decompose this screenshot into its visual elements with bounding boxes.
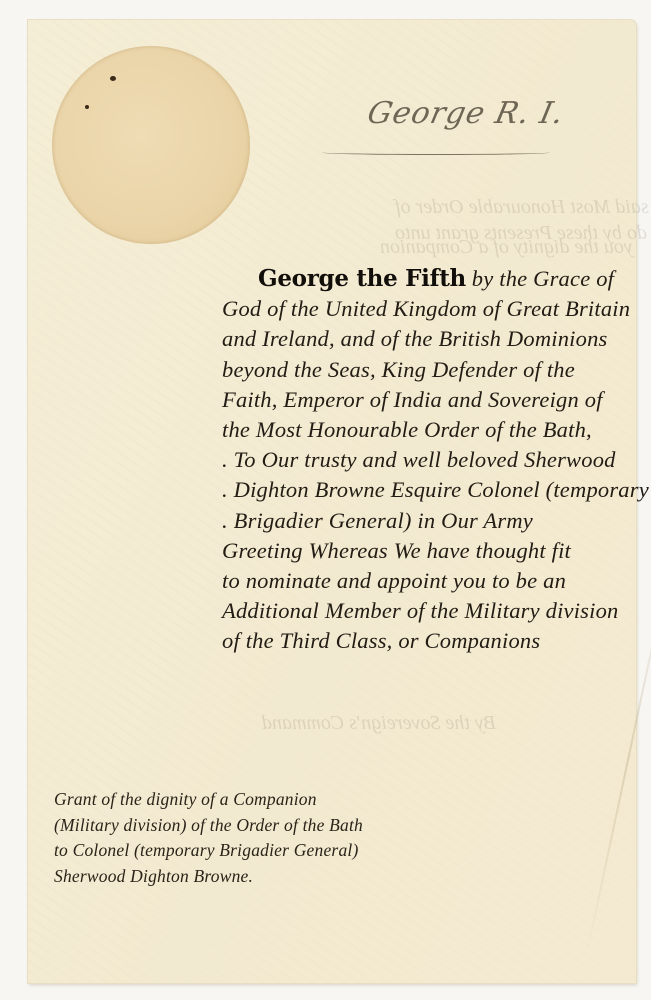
body-line: and Ireland, and of the British Dominion… xyxy=(222,324,642,354)
docket-line: Sherwood Dighton Browne. xyxy=(54,864,363,890)
sovereign-name: George the Fifth xyxy=(258,265,466,292)
body-line: God of the United Kingdom of Great Brita… xyxy=(222,294,642,324)
body-line: . Brigadier General) in Our Army xyxy=(222,506,642,536)
royal-signature: George R. I. xyxy=(364,96,567,131)
body-line: of the Third Class, or Companions xyxy=(222,626,642,656)
show-through-text: you the dignity of a Companion xyxy=(380,236,633,259)
body-line: beyond the Seas, King Defender of the xyxy=(222,355,642,385)
body-line: the Most Honourable Order of the Bath, xyxy=(222,415,642,445)
warrant-heading-line: George the Fifth by the Grace of xyxy=(222,264,642,294)
docket-summary: Grant of the dignity of a Companion (Mil… xyxy=(54,787,363,889)
docket-line: to Colonel (temporary Brigadier General) xyxy=(54,838,363,864)
seal-spot xyxy=(110,76,116,81)
body-line: Greeting Whereas We have thought fit xyxy=(222,536,642,566)
body-line: Additional Member of the Military divisi… xyxy=(222,596,642,626)
warrant-body: George the Fifth by the Grace of God of … xyxy=(222,264,642,657)
docket-line: (Military division) of the Order of the … xyxy=(54,813,363,839)
body-line: . Dighton Browne Esquire Colonel (tempor… xyxy=(222,475,642,505)
body-line: . To Our trusty and well beloved Sherwoo… xyxy=(222,445,642,475)
signature-flourish xyxy=(322,150,550,155)
wax-seal-wafer xyxy=(52,46,250,244)
seal-spot xyxy=(85,105,89,109)
show-through-text: the said Most Honourable Order of xyxy=(395,196,651,219)
docket-line: Grant of the dignity of a Companion xyxy=(54,787,363,813)
body-line: to nominate and appoint you to be an xyxy=(222,566,642,596)
heading-continuation: by the Grace of xyxy=(466,266,614,291)
show-through-text: By the Sovereign's Command xyxy=(262,712,496,735)
body-line: Faith, Emperor of India and Sovereign of xyxy=(222,385,642,415)
